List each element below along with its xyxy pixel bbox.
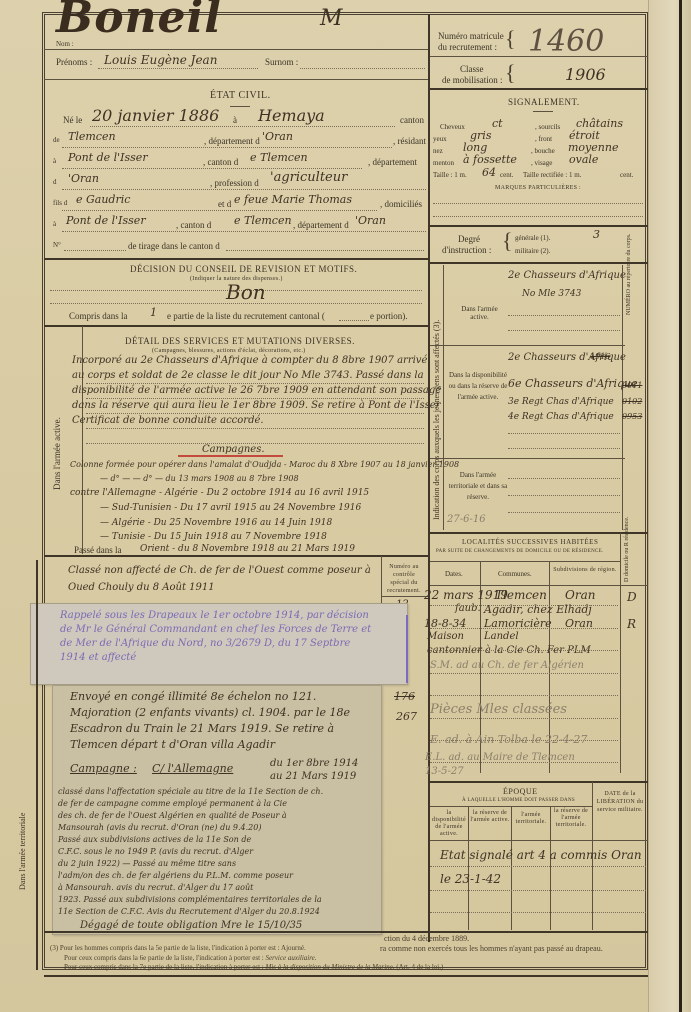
rule: [430, 781, 648, 783]
reserve-numero: 0953: [622, 412, 642, 421]
margin-mark: M: [320, 6, 343, 31]
dotted-rule: [62, 231, 426, 232]
campagne-date: du 1er 8bre 1914: [270, 758, 358, 769]
rule: [430, 840, 648, 841]
dotted-rule: [86, 428, 424, 429]
campagne-text: C/ l'Allemagne: [152, 762, 233, 775]
dotted-rule: [430, 890, 646, 891]
note-1911-line: Classé non affecté de Ch. de fer de l'Ou…: [68, 565, 371, 576]
taille-rect-label: Taille rectifiée : 1 m.: [523, 171, 581, 179]
signalement-title: SIGNALEMENT.: [508, 97, 580, 107]
departement-label: , département d: [204, 136, 260, 146]
affectation-line: de fer de campagne comme employé permane…: [58, 799, 287, 808]
domicile-prefix: à: [53, 220, 56, 228]
reserve-label: Dans la disponibilité ou dans la réserve…: [448, 370, 508, 403]
nom-label: Nom :: [56, 40, 74, 48]
visage-label: , visage: [531, 159, 552, 167]
territoriale-label: Dans l'armée territoriale et dans sa rés…: [448, 470, 508, 503]
surnom-label: Surnom :: [265, 57, 298, 67]
lieu-naissance-value: Hemaya: [258, 106, 325, 125]
localite-commune: Tlemcen: [495, 588, 547, 602]
rule: [430, 561, 620, 562]
services-subtitle: (Campagnes, blessures, actions d'éclat, …: [152, 348, 305, 354]
affectation-line: C.F.C. sous le no 1949 P. (avis du recru…: [58, 847, 253, 856]
rule: [44, 49, 428, 50]
dotted-rule: [62, 147, 392, 148]
profession-value: 'agriculteur: [270, 170, 347, 185]
campagne-line: contre l'Allemagne - Algérie - Du 2 octo…: [70, 488, 369, 498]
affectation-line: Mansourah (avis du recrut. d'Oran (ne) d…: [58, 823, 261, 832]
reserve-numero: 1916: [590, 352, 610, 361]
portion-suffix: e portion).: [370, 311, 408, 321]
rule: [44, 79, 428, 80]
localite-subdivision: Oran: [565, 588, 595, 602]
rule: [44, 325, 428, 327]
instruction-label: Degré: [458, 234, 480, 244]
canton3-value: e Tlemcen: [234, 214, 292, 227]
sourcils-label: , sourcils: [535, 123, 560, 131]
side-label-active: Dans l'armée active.: [52, 417, 62, 490]
prenoms-value: Louis Eugène Jean: [104, 53, 217, 67]
matricule-label: Numéro matricule: [438, 31, 504, 41]
active-entry: No Mle 3743: [522, 289, 581, 299]
dr-column-label: D domicile ou R résidence.: [624, 517, 630, 582]
cheveux-value: ct: [492, 117, 503, 130]
campagne-line: Orient - du 8 Novembre 1918 au 21 Mars 1…: [140, 544, 355, 554]
profession-label: , profession d: [210, 178, 259, 188]
rule: [430, 56, 648, 57]
rappel-line: 1914 et affecté: [60, 652, 136, 663]
visage-value: ovale: [569, 153, 598, 166]
taille-value: 64: [482, 166, 496, 179]
rule: [44, 555, 428, 557]
reserve-entry: 3e Regt Chas d'Afrique: [508, 397, 614, 407]
localite-date: Maison: [427, 631, 464, 642]
etat-civil-title: ÉTAT CIVIL.: [210, 90, 271, 101]
rule: [620, 533, 621, 773]
ne-le-value: 20 janvier 1886: [92, 106, 219, 125]
numero-repertoire-label: NUMÉRO au répertoire du corps.: [626, 234, 632, 315]
active-entry: 2e Chasseurs d'Afrique: [508, 270, 626, 281]
conge-line: Escadron du Train le 21 Mars 1919. Se re…: [70, 722, 334, 735]
note-1911-line: Oued Chouly du 8 Août 1911: [68, 582, 215, 593]
mere-label: et d: [218, 199, 231, 209]
canton-prefix: de: [53, 136, 60, 144]
departement2-value: 'Oran: [68, 172, 99, 185]
dotted-rule: [430, 912, 646, 913]
fils-label: fils d: [53, 199, 67, 207]
localite-date: S.M. ad au Ch. de fer Algérien: [430, 660, 584, 671]
affectation-side-label: Indication des corps auxquels les jeunes…: [432, 320, 441, 520]
departement3-value: 'Oran: [355, 214, 386, 227]
rule: [533, 111, 553, 112]
footnote-emphasis: Service auxiliaire.: [265, 954, 316, 962]
reserve-numero: 0102: [622, 397, 642, 406]
footnote-line: Pour ceux compris dans la 7e partie de l…: [64, 963, 443, 971]
canton-label: canton: [400, 115, 424, 125]
dotted-rule: [64, 250, 126, 251]
departement2-prefix: d: [53, 178, 57, 186]
localites-title: LOCALITÉS SUCCESSIVES HABITÉES: [462, 538, 598, 546]
dotted-rule: [86, 383, 424, 384]
rule: [443, 265, 444, 530]
service-line: Incorporé au 2e Chasseurs d'Afrique à co…: [72, 355, 427, 366]
brace: {: [502, 228, 513, 254]
canton2-value: e Tlemcen: [250, 151, 308, 164]
faint-entry: Pièces Mles classées: [430, 702, 567, 717]
decision-value: Bon: [226, 280, 266, 304]
col-disponibilite: la disponibilité de l'armée active.: [431, 810, 467, 838]
rule: [44, 975, 648, 977]
campagne-line: — Sud-Tunisien - Du 17 avril 1915 au 24 …: [100, 503, 361, 513]
affectation-line: Passé aux subdivisions actives de la 11e…: [58, 835, 251, 844]
classe-label: Classe: [460, 64, 484, 74]
prenoms-label: Prénoms :: [56, 57, 92, 67]
dotted-rule: [430, 866, 646, 867]
rule: [430, 532, 648, 534]
localite-dr: D: [627, 590, 637, 604]
epoque-entry: Etat signalé art 4 a commis Oran: [440, 848, 642, 862]
menton-label: menton: [433, 159, 454, 167]
tirage-label: de tirage dans le canton d: [128, 241, 220, 251]
localite-dr: R: [627, 617, 636, 631]
footnote-line: ction du 4 décembre 1889.: [384, 934, 469, 943]
rule: [430, 225, 648, 227]
generale-label: générale (1).: [515, 234, 550, 242]
rule: [430, 458, 625, 459]
campagne-line: Colonne formée pour opérer dans l'amalat…: [70, 460, 459, 469]
militaire-label: militaire (2).: [515, 247, 550, 255]
matricule-value: 1460: [528, 24, 604, 59]
footnote-line: (3) Pour les hommes compris dans la 5e p…: [50, 944, 306, 952]
domicilies-label: , domiciliés: [380, 199, 422, 209]
localites-subtitle: PAR SUITE DE CHANGEMENTS DE DOMICILE OU …: [436, 549, 604, 554]
side-label-territoriale: Dans l'armée territoriale: [18, 813, 27, 890]
canton-value: Tlemcen: [68, 130, 116, 143]
rule: [230, 106, 250, 107]
footnote-text: Pour ceux compris dans la 6e partie de l…: [64, 954, 265, 962]
affectation-line: du 2 juin 1922) — Passé au même titre sa…: [58, 859, 236, 868]
numero-controle-value: 267: [396, 710, 417, 723]
pere-value: e Gaudric: [76, 193, 130, 206]
footnote-text: Pour ceux compris dans la 7e partie de l…: [64, 963, 265, 971]
rule: [430, 262, 648, 264]
reserve-entry: 4e Regt Chas d'Afrique: [508, 412, 614, 422]
canton3-label: , canton d: [176, 220, 211, 230]
nez-label: nez: [433, 147, 443, 155]
marques-title: MARQUES PARTICULIÈRES :: [495, 185, 581, 191]
rappel-line: de Mr le Général Commandant en chef les …: [60, 624, 371, 635]
rule: [44, 258, 428, 260]
campagnes-title: Campagnes.: [202, 444, 265, 455]
faint-entry: E.L. ad. au Maire de Tlemcen: [425, 752, 575, 763]
dotted-rule: [508, 495, 620, 496]
register-page: Boneil Nom : M Prénoms : Louis Eugène Je…: [0, 0, 691, 1012]
dotted-rule: [90, 126, 395, 127]
compris-value: 1: [150, 306, 157, 319]
reserve-numero: 0011: [622, 381, 642, 390]
dotted-rule: [430, 650, 618, 651]
affectation-line: des ch. de fer de l'Ouest Algérien en qu…: [58, 811, 287, 820]
service-line: Certificat de bonne conduite accordé.: [72, 415, 264, 426]
dotted-rule: [430, 673, 618, 674]
dotted-rule: [86, 398, 424, 399]
cheveux-label: Cheveux: [440, 123, 465, 131]
dotted-rule: [86, 413, 424, 414]
stamp-date: 27-6-16: [447, 514, 486, 525]
service-line: disponibilité de l'armée active le 26 7b…: [72, 385, 441, 396]
service-line: au corps et soldat de 2e classe le dit j…: [72, 370, 424, 381]
residant-label: , résidant: [393, 136, 426, 146]
campagne-line: — d° — — d° — du 13 mars 1908 au 8 7bre …: [100, 474, 299, 483]
rappel-line: de Mer de l'Afrique du Nord, no 3/2679 D…: [60, 638, 350, 649]
dotted-rule: [62, 168, 362, 169]
dotted-rule: [62, 189, 426, 190]
nom-value: Boneil: [56, 0, 222, 43]
canton2-label: , canton d: [203, 157, 238, 167]
red-underline: [178, 455, 283, 457]
campagne-line: — Tunisie - Du 15 Juin 1918 au 7 Novembr…: [100, 532, 327, 542]
residant-value: Pont de l'Isser: [68, 151, 148, 164]
col-territoriale: l'armée territoriale.: [513, 812, 549, 826]
footnote-line: Pour ceux compris dans la 6e partie de l…: [64, 954, 317, 962]
rule: [430, 585, 648, 586]
classe-value: 1906: [565, 65, 606, 84]
epoque-title: ÉPOQUE: [503, 787, 538, 796]
dotted-rule: [430, 718, 618, 719]
menton-value: à fossette: [463, 153, 517, 166]
rule: [430, 88, 648, 90]
matricule-label: du recrutement :: [438, 42, 497, 52]
residant-prefix: à: [53, 157, 56, 165]
conge-line: Majoration (2 enfants vivants) cl. 1904.…: [70, 706, 350, 719]
conge-line: Tlemcen départ t d'Oran villa Agadir: [70, 738, 275, 751]
yeux-label: yeux: [433, 135, 447, 143]
affectation-line: classé dans l'affectation spéciale au ti…: [58, 787, 323, 796]
col-reserve: la réserve de l'armée active.: [470, 810, 510, 824]
dotted-rule: [508, 433, 620, 434]
taille-rect-cent: cent.: [620, 171, 633, 179]
numero-controle-value: 176: [394, 690, 415, 703]
compris-label: Compris dans la: [69, 311, 128, 321]
rule: [382, 596, 428, 597]
dotted-rule: [508, 315, 620, 316]
generale-value: 3: [593, 228, 600, 241]
epoque-entry: le 23-1-42: [440, 872, 501, 886]
dotted-rule: [508, 512, 620, 513]
dotted-rule: [50, 303, 422, 304]
dotted-rule: [430, 628, 618, 629]
passe-label: Passé dans la: [74, 545, 122, 555]
dotted-rule: [226, 250, 424, 251]
instruction-label: d'instruction :: [442, 245, 491, 255]
active-label: Dans l'armée active.: [452, 305, 507, 321]
faint-entry: 13-5-27: [425, 766, 464, 777]
rappel-line: Rappelé sous les Drapeaux le 1er octobre…: [60, 610, 369, 621]
decision-title: DÉCISION DU CONSEIL DE REVISION ET MOTIF…: [130, 264, 357, 274]
binding-spine: [679, 0, 682, 1012]
purple-margin-bar: [406, 615, 408, 683]
col-dates: Dates.: [445, 570, 463, 578]
localite-commune: Landel: [484, 631, 519, 642]
footnote-line: ra comme non exercés tous les hommes n'a…: [380, 944, 603, 953]
column-divider: [428, 14, 430, 942]
dotted-rule: [508, 330, 620, 331]
compris-suffix: e partie de la liste du recrutement cant…: [167, 311, 325, 321]
brace: {: [505, 26, 516, 52]
dotted-rule: [98, 68, 258, 69]
footnote-text: (Art. 4 de la loi.): [395, 963, 444, 971]
conge-line: Envoyé en congé illimité 8e échelon no 1…: [70, 690, 316, 703]
col-subdivisions: Subdivisions de région.: [552, 567, 618, 573]
col-communes: Communes.: [498, 570, 532, 578]
front-label: , front: [535, 135, 552, 143]
service-line: dans la réserve qui aura lieu le 1er 8br…: [72, 400, 440, 411]
degage-text: Dégagé de toute obligation Mre le 15/10/…: [80, 920, 302, 931]
campagne-line: — Algérie - Du 25 Novembre 1916 au 14 Ju…: [100, 518, 332, 528]
campagne-label: Campagne :: [70, 762, 137, 775]
col-reserve-territoriale: la réserve de l'armée territoriale.: [552, 808, 590, 829]
dotted-rule: [508, 478, 620, 479]
footnote-emphasis: Mis à la disposition du Ministre de la M…: [265, 963, 394, 971]
campagne-date: au 21 Mars 1919: [270, 771, 356, 782]
numero-controle-label: Numéro au contrôle spécial du recrutemen…: [384, 563, 424, 595]
dotted-rule: [430, 695, 618, 696]
dotted-rule: [433, 203, 643, 204]
dotted-rule: [300, 68, 425, 69]
rule: [36, 560, 38, 970]
services-title: DÉTAIL DES SERVICES ET MUTATIONS DIVERSE…: [125, 336, 355, 346]
affectation-line: l'adm/on des ch. de fer algériens du P.L…: [58, 871, 293, 880]
affectation-line: 11e Section de C.F.C. Avis du Recrutemen…: [58, 907, 320, 916]
dotted-rule: [339, 320, 369, 321]
departement3-label: , département d: [293, 220, 349, 230]
departement-value: 'Oran: [262, 130, 293, 143]
col-liberation: DATE de la LIBÉRATION du service militai…: [595, 790, 645, 814]
mere-value: e feue Marie Thomas: [234, 193, 352, 206]
brace: {: [505, 60, 516, 86]
dotted-rule: [508, 448, 620, 449]
tirage-no-label: N°: [53, 241, 61, 249]
a-label: à: [233, 115, 237, 125]
affectation-line: à Mansourah. avis du recrut. d'Alger du …: [58, 883, 253, 892]
faint-entry: E. ad. à Ain Tolba le 22-4-27: [430, 733, 587, 746]
epoque-subtitle: À LAQUELLE L'HOMME DOIT PASSER DANS: [462, 798, 575, 803]
dotted-rule: [62, 210, 377, 211]
taille-label: Taille : 1 m.: [433, 171, 467, 179]
classe-label: de mobilisation :: [442, 75, 503, 85]
domicile-value: Pont de l'Isser: [66, 214, 146, 227]
affectation-line: 1923. Passé aux subdivisions complémenta…: [58, 895, 322, 904]
dotted-rule: [433, 216, 643, 217]
rule: [44, 931, 648, 933]
reserve-entry: 6e Chasseurs d'Afrique: [508, 377, 638, 390]
departement2-label: , département: [368, 157, 417, 167]
page-edge: [648, 0, 691, 1012]
dotted-rule: [430, 605, 618, 606]
ne-le-label: Né le: [63, 115, 82, 125]
bouche-label: , bouche: [531, 147, 555, 155]
taille-cent: cent.: [500, 171, 513, 179]
rule: [430, 345, 625, 346]
